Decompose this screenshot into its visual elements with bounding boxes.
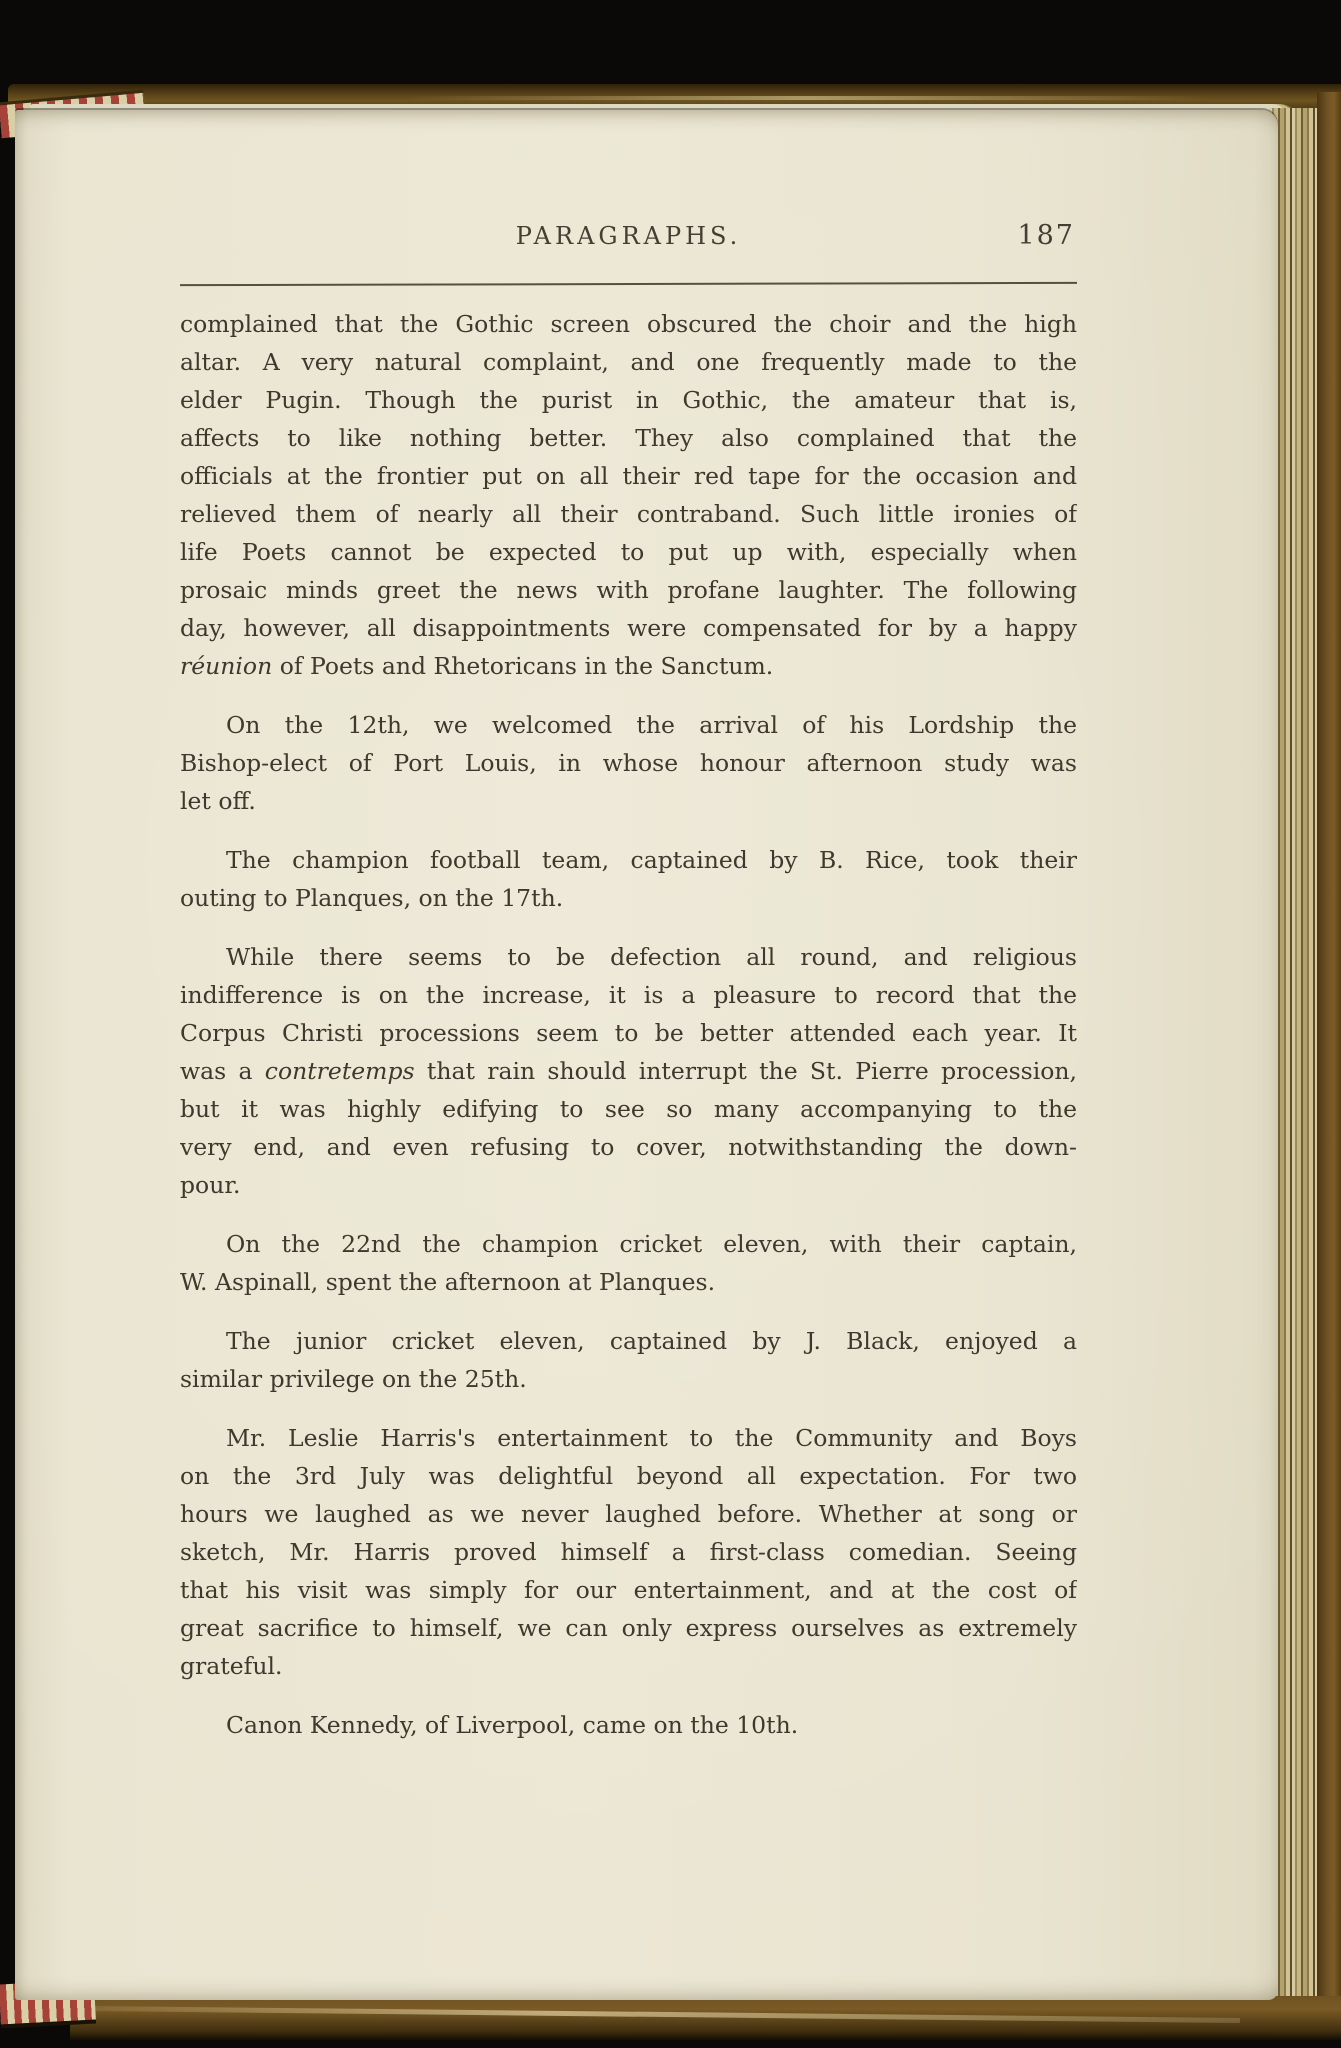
text-segment: relieved them of nearly all their contra… [180,500,1077,528]
text-segment: that rain should interrupt the St. Pierr… [415,1057,1077,1085]
text-segment: On the 22nd the champion cricket eleven,… [226,1230,1077,1258]
text-line: sketch, Mr. Harris proved himself a firs… [180,1533,1077,1571]
text-segment: complained that the Gothic screen obscur… [180,310,1077,338]
text-line: Bishop-elect of Port Louis, in whose hon… [180,744,1077,782]
text-line: let off. [180,782,1077,820]
text-segment: pour. [180,1171,240,1199]
page-number: 187 [1017,220,1075,251]
text-line: but it was highly edifying to see so man… [180,1090,1077,1128]
text-line: Canon Kennedy, of Liverpool, came on the… [180,1706,1077,1744]
text-segment: was a [180,1057,265,1085]
text-segment: but it was highly edifying to see so man… [180,1095,1077,1123]
text-line: hours we laughed as we never laughed bef… [180,1495,1077,1533]
text-line: great sacrifice to himself, we can only … [180,1609,1077,1647]
running-title: PARAGRAPHS. [180,222,1077,250]
text-segment: affects to like nothing better. They als… [180,424,1077,452]
text-line: was a contretemps that rain should inter… [180,1052,1077,1090]
text-line: The junior cricket eleven, captained by … [180,1322,1077,1360]
text-segment: The champion football team, captained by… [226,846,1077,874]
text-line: prosaic minds greet the news with profan… [180,571,1077,609]
text-segment: grateful. [180,1652,282,1680]
text-segment: sketch, Mr. Harris proved himself a firs… [180,1538,1077,1566]
text-line: outing to Planques, on the 17th. [180,879,1077,917]
book-page: PARAGRAPHS. 187 complained that the Goth… [15,110,1278,2000]
text-segment: indifference is on the increase, it is a… [180,981,1077,1009]
text-segment: hours we laughed as we never laughed bef… [180,1500,1077,1528]
paragraphs: complained that the Gothic screen obscur… [180,305,1077,1744]
text-segment: life Poets cannot be expected to put up … [180,538,1077,566]
text-segment: of Poets and Rhetoricans in the Sanctum. [272,652,773,680]
paragraph: While there seems to be defection all ro… [180,938,1077,1204]
text-segment: W. Aspinall, spent the afternoon at Plan… [180,1268,715,1296]
text-segment: officials at the frontier put on all the… [180,462,1077,490]
text-line: relieved them of nearly all their contra… [180,495,1077,533]
text-line: indifference is on the increase, it is a… [180,976,1077,1014]
text-line: réunion of Poets and Rhetoricans in the … [180,647,1077,685]
text-line: affects to like nothing better. They als… [180,419,1077,457]
text-line: on the 3rd July was delightful beyond al… [180,1457,1077,1495]
book-cover-right-edge [1317,92,1341,2022]
page-header: PARAGRAPHS. 187 [180,222,1077,256]
text-line: The champion football team, captained by… [180,841,1077,879]
text-line: altar. A very natural complaint, and one… [180,343,1077,381]
paragraph: The champion football team, captained by… [180,841,1077,917]
text-segment: great sacrifice to himself, we can only … [180,1614,1077,1642]
paragraph: The junior cricket eleven, captained by … [180,1322,1077,1398]
text-segment: that his visit was simply for our entert… [180,1576,1077,1604]
text-line: On the 12th, we welcomed the arrival of … [180,706,1077,744]
emphasized-word: réunion [180,652,272,680]
text-line: officials at the frontier put on all the… [180,457,1077,495]
text-line: life Poets cannot be expected to put up … [180,533,1077,571]
text-line: Corpus Christi processions seem to be be… [180,1014,1077,1052]
text-segment: very end, and even refusing to cover, no… [180,1133,1077,1161]
text-segment: Canon Kennedy, of Liverpool, came on the… [226,1711,798,1739]
text-segment: altar. A very natural complaint, and one… [180,348,1077,376]
text-segment: While there seems to be defection all ro… [226,943,1077,971]
text-line: very end, and even refusing to cover, no… [180,1128,1077,1166]
text-segment: The junior cricket eleven, captained by … [226,1327,1077,1355]
text-line: grateful. [180,1647,1077,1685]
header-rule [180,282,1077,286]
text-segment: Corpus Christi processions seem to be be… [180,1019,1077,1047]
text-line: similar privilege on the 25th. [180,1360,1077,1398]
text-line: day, however, all disappointments were c… [180,609,1077,647]
text-line: that his visit was simply for our entert… [180,1571,1077,1609]
paragraph: complained that the Gothic screen obscur… [180,305,1077,685]
paragraph: Mr. Leslie Harris's entertainment to the… [180,1419,1077,1685]
text-segment: day, however, all disappointments were c… [180,614,1077,642]
text-segment: let off. [180,787,256,815]
paragraph: On the 22nd the champion cricket eleven,… [180,1225,1077,1301]
text-line: complained that the Gothic screen obscur… [180,305,1077,343]
text-line: elder Pugin. Though the purist in Gothic… [180,381,1077,419]
page-content: PARAGRAPHS. 187 complained that the Goth… [180,222,1077,1744]
text-line: W. Aspinall, spent the afternoon at Plan… [180,1263,1077,1301]
text-segment: similar privilege on the 25th. [180,1365,527,1393]
text-line: Mr. Leslie Harris's entertainment to the… [180,1419,1077,1457]
text-segment: prosaic minds greet the news with profan… [180,576,1077,604]
text-segment: Bishop-elect of Port Louis, in whose hon… [180,749,1077,777]
text-segment: on the 3rd July was delightful beyond al… [180,1462,1077,1490]
paragraph: Canon Kennedy, of Liverpool, came on the… [180,1706,1077,1744]
text-segment: outing to Planques, on the 17th. [180,884,563,912]
text-line: On the 22nd the champion cricket eleven,… [180,1225,1077,1263]
emphasized-word: contretemps [265,1057,415,1085]
paragraph: On the 12th, we welcomed the arrival of … [180,706,1077,820]
text-line: pour. [180,1166,1077,1204]
text-segment: elder Pugin. Though the purist in Gothic… [180,386,1077,414]
text-segment: Mr. Leslie Harris's entertainment to the… [226,1424,1077,1452]
text-line: While there seems to be defection all ro… [180,938,1077,976]
text-segment: On the 12th, we welcomed the arrival of … [226,711,1077,739]
